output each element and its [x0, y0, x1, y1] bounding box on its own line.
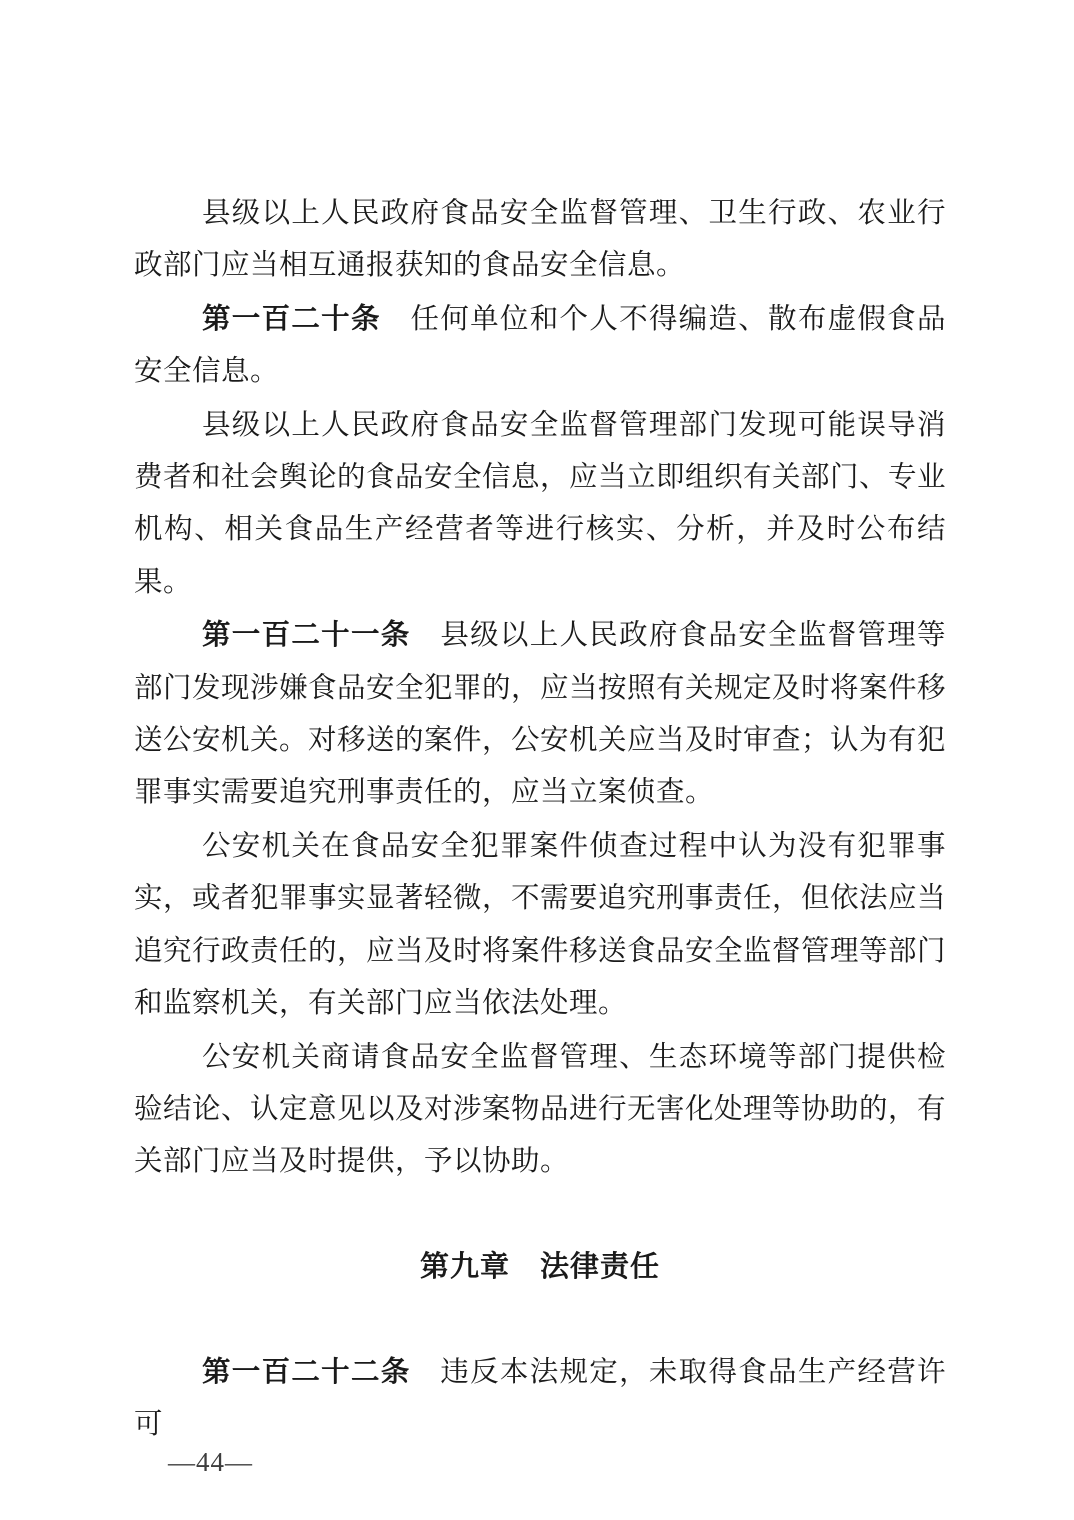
paragraph-text: 县级以上人民政府食品安全监督管理部门发现可能误导消费者和社会舆论的食品安全信息，…	[134, 410, 946, 598]
article-number-label: 第一百二十二条	[202, 1356, 411, 1388]
paragraph-text: 公安机关在食品安全犯罪案件侦查过程中认为没有犯罪事实，或者犯罪事实显著轻微，不需…	[134, 831, 946, 1019]
body-paragraph: 县级以上人民政府食品安全监督管理部门发现可能误导消费者和社会舆论的食品安全信息，…	[134, 399, 946, 610]
body-paragraph-article-122: 第一百二十二条 违反本法规定，未取得食品生产经营许可	[134, 1346, 946, 1452]
document-body: 县级以上人民政府食品安全监督管理、卫生行政、农业行政部门应当相互通报获知的食品安…	[134, 187, 946, 1452]
body-paragraph: 公安机关商请食品安全监督管理、生态环境等部门提供检验结论、认定意见以及对涉案物品…	[134, 1031, 946, 1189]
body-paragraph: 公安机关在食品安全犯罪案件侦查过程中认为没有犯罪事实，或者犯罪事实显著轻微，不需…	[134, 820, 946, 1031]
page-number: —44—	[168, 1447, 253, 1478]
article-number-label: 第一百二十条	[202, 303, 381, 335]
body-paragraph: 县级以上人民政府食品安全监督管理、卫生行政、农业行政部门应当相互通报获知的食品安…	[134, 187, 946, 293]
paragraph-text: 县级以上人民政府食品安全监督管理、卫生行政、农业行政部门应当相互通报获知的食品安…	[134, 198, 946, 281]
article-number-label: 第一百二十一条	[202, 619, 411, 651]
chapter-heading: 第九章 法律责任	[134, 1241, 946, 1293]
body-paragraph-article-120: 第一百二十条 任何单位和个人不得编造、散布虚假食品安全信息。	[134, 293, 946, 399]
body-paragraph-article-121: 第一百二十一条 县级以上人民政府食品安全监督管理等部门发现涉嫌食品安全犯罪的，应…	[134, 609, 946, 820]
paragraph-text: 公安机关商请食品安全监督管理、生态环境等部门提供检验结论、认定意见以及对涉案物品…	[134, 1042, 946, 1178]
